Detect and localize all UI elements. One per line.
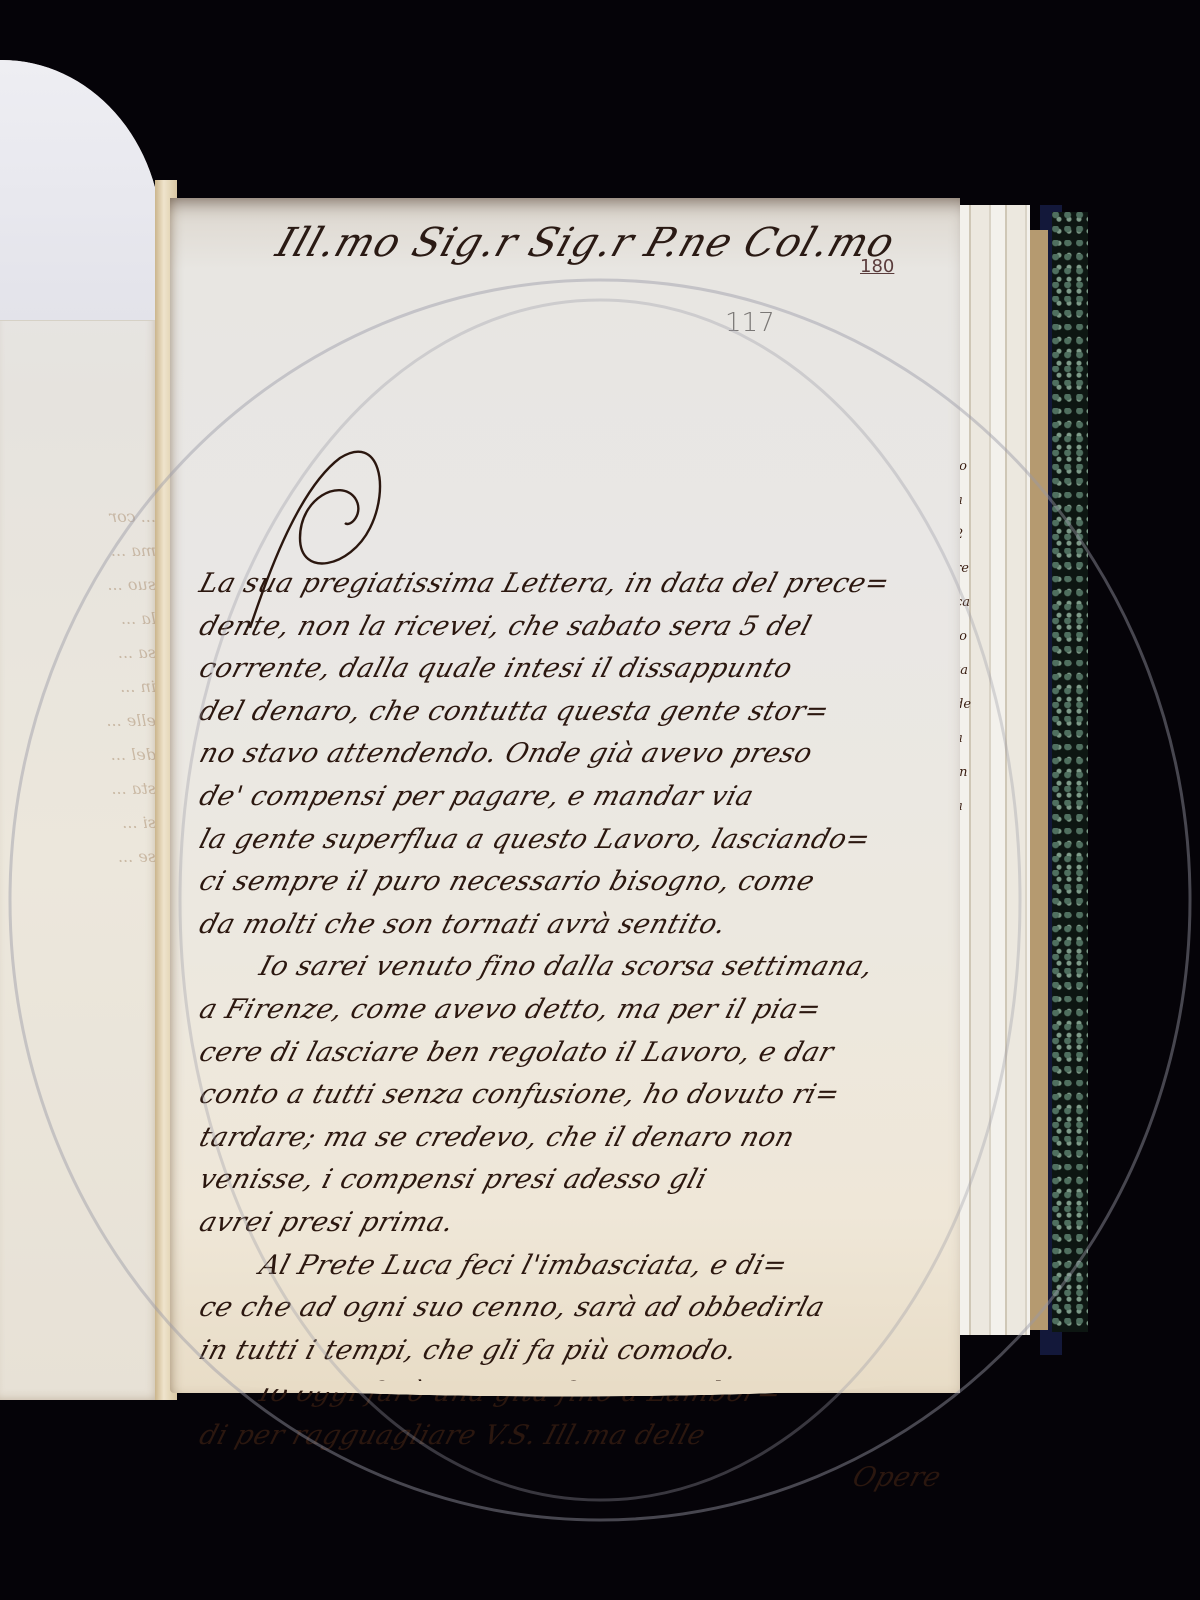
bleed-through-text: ... cor ma ... suo ... la ... sa ... in … — [6, 500, 156, 874]
salutation-heading: Ill.mo Sig.r Sig.r P.ne Col.mo — [271, 220, 901, 266]
manuscript-line: avrei presi prima. — [194, 1202, 966, 1245]
manuscript-photo: ... cor ma ... suo ... la ... sa ... in … — [0, 0, 1200, 1600]
manuscript-line: la gente superflua a questo Lavoro, lasc… — [194, 819, 966, 862]
manuscript-line: ce che ad ogni suo cenno, sarà ad obbedi… — [194, 1287, 966, 1330]
marbled-cover — [1052, 212, 1088, 1332]
manuscript-line: Io sarei venuto fino dalla scorsa settim… — [194, 946, 966, 989]
manuscript-line: cere di lasciare ben regolato il Lavoro,… — [194, 1032, 966, 1075]
margin-fragments: lo a 2 re ca io ta de a in a — [955, 450, 1025, 824]
manuscript-page: Ill.mo Sig.r Sig.r P.ne Col.mo 180 117 L… — [170, 198, 960, 1393]
manuscript-line: da molti che son tornati avrà sentito. — [194, 904, 966, 947]
letter-body: La sua pregiatissima Lettera, in data de… — [194, 563, 954, 1500]
manuscript-line: venisse, i compensi presi adesso gli — [194, 1159, 966, 1202]
manuscript-line: del denaro, che contutta questa gente st… — [194, 691, 966, 734]
manuscript-line: a Firenze, come avevo detto, ma per il p… — [194, 989, 966, 1032]
manuscript-line: dente, non la ricevei, che sabato sera 5… — [194, 606, 966, 649]
manuscript-line: ci sempre il puro necessario bisogno, co… — [194, 861, 966, 904]
left-facing-page: ... cor ma ... suo ... la ... sa ... in … — [0, 60, 162, 1400]
page-curl — [0, 60, 162, 321]
folio-number-pencil: 117 — [725, 308, 775, 338]
manuscript-line: tardare; ma se credevo, che il denaro no… — [194, 1117, 966, 1160]
page-bottom-edge — [170, 1381, 960, 1399]
manuscript-line: Al Prete Luca feci l'imbasciata, e di= — [194, 1245, 966, 1288]
manuscript-line: corrente, dalla quale intesi il dissappu… — [194, 648, 966, 691]
manuscript-line: di per ragguagliare V.S. Ill.ma delle — [194, 1415, 966, 1458]
manuscript-line: La sua pregiatissima Lettera, in data de… — [194, 563, 966, 606]
manuscript-line: Opere — [194, 1457, 966, 1500]
manuscript-line: de' compensi per pagare, e mandar via — [194, 776, 966, 819]
manuscript-line: in tutti i tempi, che gli fa più comodo. — [194, 1330, 966, 1373]
manuscript-line: conto a tutti senza confusione, ho dovut… — [194, 1074, 966, 1117]
manuscript-line: no stavo attendendo. Onde già avevo pres… — [194, 733, 966, 776]
folio-number-ink: 180 — [860, 256, 894, 277]
